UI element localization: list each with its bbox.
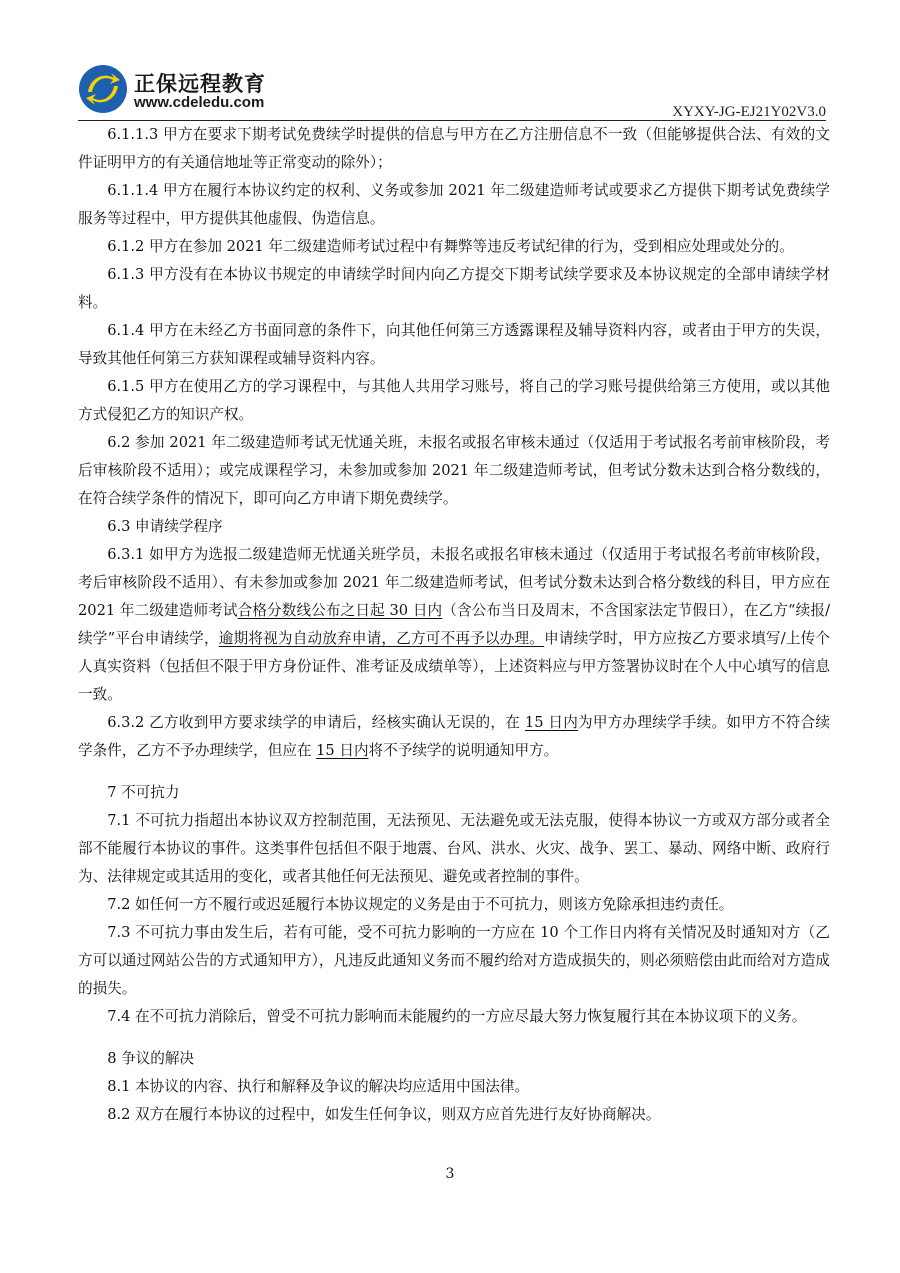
clause-8-2: 8.2 双方在履行本协议的过程中，如发生任何争议，则双方应首先进行友好协商解决。: [78, 1101, 830, 1129]
clause-6-3-2-underlined-days-1: 15 日内: [525, 714, 578, 731]
page-header: 正保远程教育 www.cdeledu.com XYXY-JG-EJ21Y02V3…: [78, 64, 826, 120]
clause-7-1: 7.1 不可抗力指超出本协议双方控制范围，无法预见、无法避免或无法克服，使得本协…: [78, 807, 830, 891]
clause-6-3-1: 6.3.1 如甲方为选报二级建造师无忧通关班学员，未报名或报名审核未通过（仅适用…: [78, 541, 830, 709]
clause-6-1-4: 6.1.4 甲方在未经乙方书面同意的条件下，向其他任何第三方透露课程及辅导资料内…: [78, 317, 830, 373]
section-gap: [78, 765, 830, 779]
clause-6-3-2-underlined-days-2: 15 日内: [316, 742, 368, 759]
clause-7-3: 7.3 不可抗力事由发生后，若有可能，受不可抗力影响的一方应在 10 个工作日内…: [78, 919, 830, 1003]
clause-6-3-1-underlined-overdue: 逾期将视为自动放弃申请，乙方可不再予以办理。: [219, 630, 544, 647]
clause-7-4: 7.4 在不可抗力消除后，曾受不可抗力影响而未能履约的一方应尽最大努力恢复履行其…: [78, 1003, 830, 1031]
cdeledu-logo-icon: [78, 64, 128, 114]
clause-8-1: 8.1 本协议的内容、执行和解释及争议的解决均应适用中国法律。: [78, 1073, 830, 1101]
section-gap: [78, 1031, 830, 1045]
clause-6-3-2: 6.3.2 乙方收到甲方要求续学的申请后，经核实确认无误的，在 15 日内为甲方…: [78, 709, 830, 765]
clause-6-3-2-text-c: 将不予续学的说明通知甲方。: [369, 742, 559, 759]
brand-url: www.cdeledu.com: [134, 94, 264, 111]
document-body: 6.1.1.3 甲方在要求下期考试免费续学时提供的信息与甲方在乙方注册信息不一致…: [78, 121, 830, 1129]
clause-6-1-2: 6.1.2 甲方在参加 2021 年二级建造师考试过程中有舞弊等违反考试纪律的行…: [78, 233, 830, 261]
clause-6-2: 6.2 参加 2021 年二级建造师考试无忧通关班，未报名或报名审核未通过（仅适…: [78, 429, 830, 513]
document-code: XYXY-JG-EJ21Y02V3.0: [672, 104, 826, 121]
clause-6-1-3: 6.1.3 甲方没有在本协议书规定的申请续学时间内向乙方提交下期考试续学要求及本…: [78, 261, 830, 317]
clause-6-1-1-3: 6.1.1.3 甲方在要求下期考试免费续学时提供的信息与甲方在乙方注册信息不一致…: [78, 121, 830, 177]
clause-6-3-2-text-a: 6.3.2 乙方收到甲方要求续学的申请后，经核实确认无误的，在: [107, 714, 525, 731]
section-heading-8: 8 争议的解决: [78, 1045, 830, 1073]
clause-6-3-1-underlined-deadline: 合格分数线公布之日起 30 日内: [238, 602, 443, 619]
section-heading-7: 7 不可抗力: [78, 779, 830, 807]
clause-7-2: 7.2 如任何一方不履行或迟延履行本协议规定的义务是由于不可抗力，则该方免除承担…: [78, 891, 830, 919]
clause-6-1-5: 6.1.5 甲方在使用乙方的学习课程中，与其他人共用学习账号，将自己的学习账号提…: [78, 373, 830, 429]
section-heading-6-3: 6.3 申请续学程序: [78, 513, 830, 541]
page-number: 3: [0, 1166, 900, 1182]
clause-6-1-1-4: 6.1.1.4 甲方在履行本协议约定的权利、义务或参加 2021 年二级建造师考…: [78, 177, 830, 233]
